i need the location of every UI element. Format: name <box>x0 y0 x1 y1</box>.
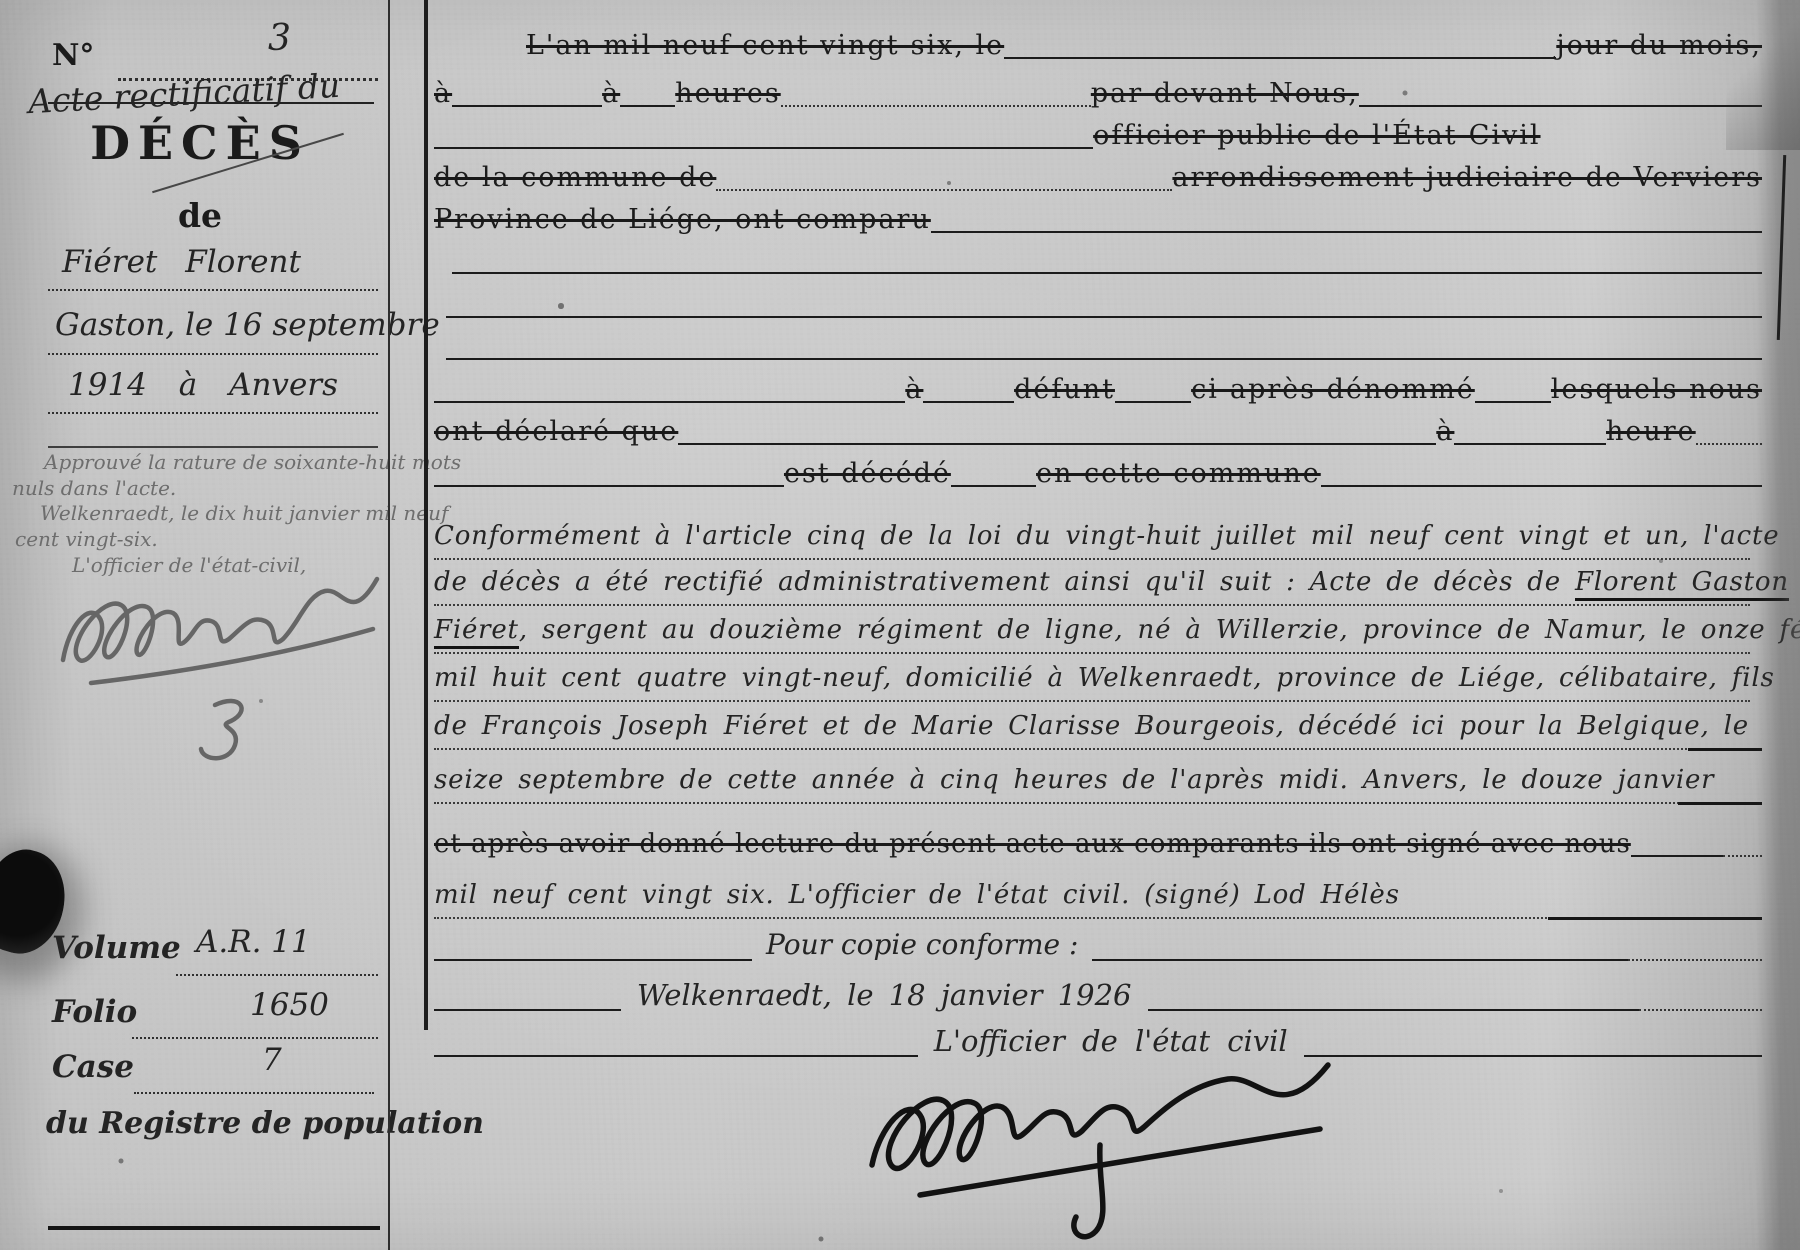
rule-line <box>931 221 1762 233</box>
pencil-note-line: Approuvé la rature de soixante-huit mots <box>44 450 461 474</box>
rule-line <box>1115 391 1191 403</box>
rule-line <box>1688 748 1762 751</box>
folio-value: 1650 <box>250 987 329 1023</box>
rule-line <box>781 95 1091 107</box>
folio-label: Folio <box>52 994 137 1030</box>
form-printed-text: heure <box>1606 412 1696 452</box>
dust-specks <box>0 0 2 2</box>
deces-title: DÉCÈS <box>0 116 400 170</box>
rule-line <box>48 353 378 355</box>
rule-line <box>434 475 784 487</box>
form-printed-text: Province de Liége, ont comparu <box>434 200 931 240</box>
rule-line <box>452 95 602 107</box>
rule-line <box>1148 999 1640 1011</box>
form-printed-text: en cette commune <box>1036 454 1321 494</box>
handwritten-line: mil huit cent quatre vingt-neuf, domicil… <box>434 663 1775 693</box>
rule-line <box>446 316 1762 318</box>
volume-label: Volume <box>52 930 181 966</box>
rule-line <box>48 446 378 448</box>
handwritten-line: Conformément à l'article cinq de la loi … <box>434 521 1779 551</box>
place-date-line: Welkenraedt, le 18 janvier 1926 <box>621 978 1148 1012</box>
form-printed-text: à <box>905 370 923 410</box>
rule-line <box>134 1092 374 1094</box>
pencil-note-line: nuls dans l'acte. <box>12 476 176 500</box>
rule-line <box>620 95 675 107</box>
form-printed-text: à <box>1436 412 1454 452</box>
rule-line <box>678 433 1436 445</box>
rule-line <box>434 137 1093 149</box>
rule-line <box>1548 917 1762 920</box>
pencil-signature <box>55 565 395 780</box>
form-printed-text: par devant Nous, <box>1091 74 1359 114</box>
rule-line <box>923 391 1014 403</box>
handwritten-line: de décès a été rectifié administrativeme… <box>434 567 1789 601</box>
rule-line <box>452 272 1762 274</box>
rule-line <box>48 412 378 414</box>
rule-line <box>434 391 905 403</box>
body-separator-line <box>424 0 428 1030</box>
form-printed-text: arrondissement judiciaire de Verviers <box>1172 158 1762 198</box>
deceased-name-line: Fiéret Florent <box>62 244 301 280</box>
pour-copie-conforme: Pour copie conforme : <box>752 928 1092 961</box>
rule-line <box>1628 949 1762 961</box>
rule-line <box>1454 433 1606 445</box>
rule-line <box>1639 999 1762 1011</box>
rule-line <box>176 974 378 976</box>
form-printed-text: ci-après dénommé <box>1191 370 1475 410</box>
rule-line <box>1359 95 1762 107</box>
form-printed-text: et après avoir donné lecture du présent … <box>434 824 1631 864</box>
rule-line <box>951 475 1036 487</box>
rule-line <box>132 1037 378 1039</box>
handwritten-line: de François Joseph Fiéret et de Marie Cl… <box>434 711 1749 741</box>
deceased-name-line: 1914 à Anvers <box>68 367 338 403</box>
form-printed-text: de la commune de <box>434 158 716 198</box>
ink-signature <box>860 1045 1350 1245</box>
spacer <box>434 65 526 66</box>
handwritten-line: mil neuf cent vingt six. L'officier de l… <box>434 880 1400 910</box>
case-label: Case <box>52 1049 134 1085</box>
act-number-label: N° <box>52 38 94 73</box>
rule-line <box>434 1045 918 1057</box>
rule-line <box>1321 475 1762 487</box>
rule-line <box>1304 1045 1762 1057</box>
pencil-note-line: cent vingt-six. <box>15 527 158 551</box>
rule-line <box>1696 433 1762 445</box>
deceased-name-line: Gaston, le 16 septembre <box>55 307 440 343</box>
rule-line <box>434 949 752 961</box>
form-printed-text: à <box>434 74 452 114</box>
form-printed-text: à <box>602 74 620 114</box>
underlined-name: Fiéret <box>434 615 519 649</box>
rule-line <box>1678 802 1762 805</box>
rule-line <box>1631 845 1723 857</box>
registre-label: du Registre de population <box>46 1106 484 1141</box>
handwritten-text: , sergent au douzième régiment de ligne,… <box>519 615 1800 645</box>
rule-line <box>1004 47 1556 59</box>
rule-line <box>446 358 1762 360</box>
form-printed-text: défunt <box>1014 370 1115 410</box>
handwritten-text: de décès a été rectifié administrativeme… <box>434 567 1575 597</box>
spacer <box>1541 155 1762 156</box>
rule-line <box>48 289 378 291</box>
form-printed-text: officier public de l'État-Civil <box>1093 116 1540 156</box>
rule-line <box>434 999 621 1011</box>
volume-value: A.R. 11 <box>196 924 311 960</box>
page-corner-shade <box>1726 0 1800 150</box>
rule-line <box>48 1226 380 1230</box>
form-printed-text: lesquels nous <box>1551 370 1762 410</box>
act-type-handwritten: Acte rectificatif du <box>27 66 341 121</box>
de-label: de <box>0 196 400 235</box>
page-edge-shadow <box>1756 0 1800 1250</box>
form-printed-text: L'an mil neuf cent vingt-six, le <box>526 26 1004 66</box>
scanned-death-certificate: N° 3 Acte rectificatif du DÉCÈS de Fiére… <box>0 0 1800 1250</box>
handwritten-line: seize septembre de cette année à cinq he… <box>434 765 1714 795</box>
act-number-value: 3 <box>268 18 291 59</box>
rule-line <box>1475 391 1551 403</box>
case-value: 7 <box>262 1042 282 1078</box>
rule-line <box>1092 949 1628 961</box>
handwritten-line: Fiéret, sergent au douzième régiment de … <box>434 615 1800 649</box>
form-printed-text: est décédé <box>784 454 951 494</box>
rule-line <box>716 179 1172 191</box>
margin-separator-line <box>388 0 390 1250</box>
form-printed-text: heures <box>675 74 781 114</box>
form-printed-text: ont déclaré que <box>434 412 678 452</box>
